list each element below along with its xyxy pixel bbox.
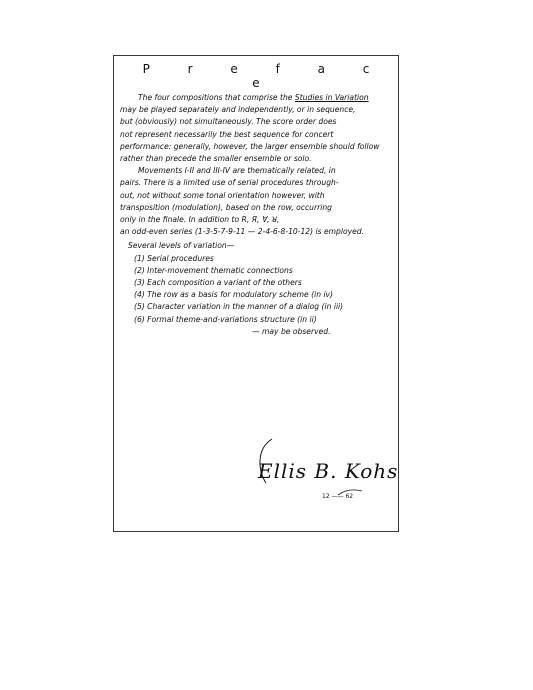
signature-block: Ellis B. Kohs 12 —— 62 [250,431,390,501]
closing-line: — may be observed. [120,326,394,338]
paragraph-1: The four compositions that comprise the … [120,92,394,165]
signature: Ellis B. Kohs [258,459,398,483]
list-item: (4) The row as a basis for modulatory sc… [120,289,394,301]
text-line: out, not without some tonal orientation … [120,190,394,202]
preface-body: The four compositions that comprise the … [120,92,394,338]
list-item: (3) Each composition a variant of the ot… [120,277,394,289]
text-line: Movements I-II and III-IV are thematical… [120,165,394,177]
text-line: The four compositions that comprise the … [120,92,394,104]
list-item: (2) Inter-movement thematic connections [120,265,394,277]
text-line: rather than precede the smaller ensemble… [120,153,394,165]
list-item: (1) Serial procedures [120,253,394,265]
text-line: pairs. There is a limited use of serial … [120,177,394,189]
text-line: but (obviously) not simultaneously. The … [120,116,394,128]
list-item: (6) Formal theme-and-variations structur… [120,314,394,326]
text-line: performance: generally, however, the lar… [120,141,394,153]
page-title: P r e f a c e [114,62,398,90]
variation-list: Several levels of variation— (1) Serial … [120,240,394,338]
preface-page-frame: P r e f a c e The four compositions that… [113,55,399,532]
text-line: transposition (modulation), based on the… [120,202,394,214]
list-item: (5) Character variation in the manner of… [120,301,394,313]
work-title: Studies in Variation [295,93,369,102]
paragraph-2: Movements I-II and III-IV are thematical… [120,165,394,238]
text-line: an odd-even series (1-3-5-7-9-11 — 2-4-6… [120,226,394,238]
text-line: only in the finale. In addition to R, Я,… [120,214,394,226]
text-line: not represent necessarily the best seque… [120,129,394,141]
list-intro: Several levels of variation— [120,240,394,252]
signature-date: 12 —— 62 [322,493,353,500]
text-line: may be played separately and independent… [120,104,394,116]
